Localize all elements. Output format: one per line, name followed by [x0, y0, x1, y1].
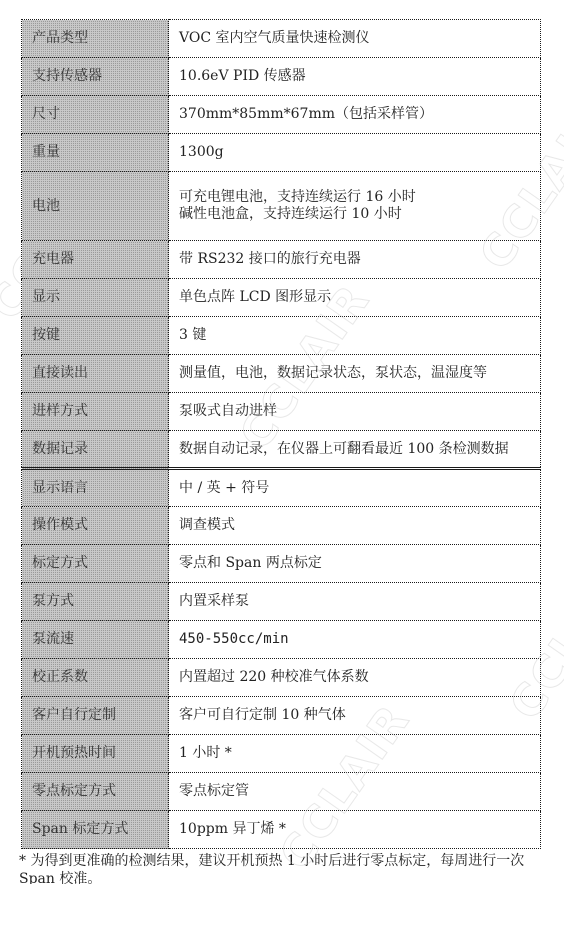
row-value: 10.6eV PID 传感器: [169, 58, 541, 96]
table-row: 电池 可充电锂电池，支持连续运行 16 小时 碱性电池盒，支持连续运行 10 小…: [22, 172, 541, 241]
row-value: 中 / 英 + 符号: [169, 469, 541, 507]
row-label: Span 标定方式: [22, 811, 169, 849]
row-value: 内置超过 220 种校准气体系数: [169, 659, 541, 697]
row-value: 零点和 Span 两点标定: [169, 545, 541, 583]
row-value: 泵吸式自动进样: [169, 393, 541, 431]
table-row: 支持传感器 10.6eV PID 传感器: [22, 58, 541, 96]
table-row: 重量 1300g: [22, 134, 541, 172]
table-row: 充电器 带 RS232 接口的旅行充电器: [22, 241, 541, 279]
row-label: 显示语言: [22, 469, 169, 507]
row-label: 校正系数: [22, 659, 169, 697]
row-label: 按键: [22, 317, 169, 355]
row-label: 客户自行定制: [22, 697, 169, 735]
row-label: 尺寸: [22, 96, 169, 134]
row-label: 充电器: [22, 241, 169, 279]
spec-table: 产品类型 VOC 室内空气质量快速检测仪 支持传感器 10.6eV PID 传感…: [21, 19, 541, 849]
row-value: 带 RS232 接口的旅行充电器: [169, 241, 541, 279]
row-value: 内置采样泵: [169, 583, 541, 621]
row-value: 调查模式: [169, 507, 541, 545]
table-row: 进样方式 泵吸式自动进样: [22, 393, 541, 431]
row-value: 单色点阵 LCD 图形显示: [169, 279, 541, 317]
row-value: 零点标定管: [169, 773, 541, 811]
table-row: 按键 3 键: [22, 317, 541, 355]
table-row: 产品类型 VOC 室内空气质量快速检测仪: [22, 20, 541, 58]
row-label: 显示: [22, 279, 169, 317]
row-label: 重量: [22, 134, 169, 172]
table-row: 尺寸 370mm*85mm*67mm（包括采样管）: [22, 96, 541, 134]
table-row: 直接读出 测量值，电池，数据记录状态，泵状态，温湿度等: [22, 355, 541, 393]
row-label: 标定方式: [22, 545, 169, 583]
row-value: 测量值，电池，数据记录状态，泵状态，温湿度等: [169, 355, 541, 393]
row-label: 数据记录: [22, 431, 169, 469]
value-line: 可充电锂电池，支持连续运行 16 小时: [179, 189, 540, 206]
table-row: 校正系数 内置超过 220 种校准气体系数: [22, 659, 541, 697]
row-value: VOC 室内空气质量快速检测仪: [169, 20, 541, 58]
row-value: 450-550cc/min: [169, 621, 541, 659]
row-value: 370mm*85mm*67mm（包括采样管）: [169, 96, 541, 134]
row-label: 电池: [22, 172, 169, 241]
table-row: 显示语言 中 / 英 + 符号: [22, 469, 541, 507]
row-label: 开机预热时间: [22, 735, 169, 773]
row-value: 可充电锂电池，支持连续运行 16 小时 碱性电池盒，支持连续运行 10 小时: [169, 172, 541, 241]
row-value: 10ppm 异丁烯 *: [169, 811, 541, 849]
table-row: 泵流速 450-550cc/min: [22, 621, 541, 659]
row-label: 泵流速: [22, 621, 169, 659]
row-label: 直接读出: [22, 355, 169, 393]
row-label: 泵方式: [22, 583, 169, 621]
table-row: 显示 单色点阵 LCD 图形显示: [22, 279, 541, 317]
row-value: 客户可自行定制 10 种气体: [169, 697, 541, 735]
table-row: 泵方式 内置采样泵: [22, 583, 541, 621]
row-label: 进样方式: [22, 393, 169, 431]
table-row: Span 标定方式 10ppm 异丁烯 *: [22, 811, 541, 849]
row-label: 支持传感器: [22, 58, 169, 96]
table-row: 数据记录 数据自动记录，在仪器上可翻看最近 100 条检测数据: [22, 431, 541, 469]
table-row: 开机预热时间 1 小时 *: [22, 735, 541, 773]
row-label: 产品类型: [22, 20, 169, 58]
footnote: * 为得到更准确的检测结果，建议开机预热 1 小时后进行零点标定，每周进行一次 …: [19, 852, 547, 884]
row-value: 数据自动记录，在仪器上可翻看最近 100 条检测数据: [169, 431, 541, 469]
row-value: 1300g: [169, 134, 541, 172]
table-row: 客户自行定制 客户可自行定制 10 种气体: [22, 697, 541, 735]
value-line: 碱性电池盒，支持连续运行 10 小时: [179, 206, 540, 223]
row-value: 1 小时 *: [169, 735, 541, 773]
table-row: 操作模式 调查模式: [22, 507, 541, 545]
row-label: 操作模式: [22, 507, 169, 545]
table-row: 标定方式 零点和 Span 两点标定: [22, 545, 541, 583]
table-row: 零点标定方式 零点标定管: [22, 773, 541, 811]
row-label: 零点标定方式: [22, 773, 169, 811]
row-value: 3 键: [169, 317, 541, 355]
